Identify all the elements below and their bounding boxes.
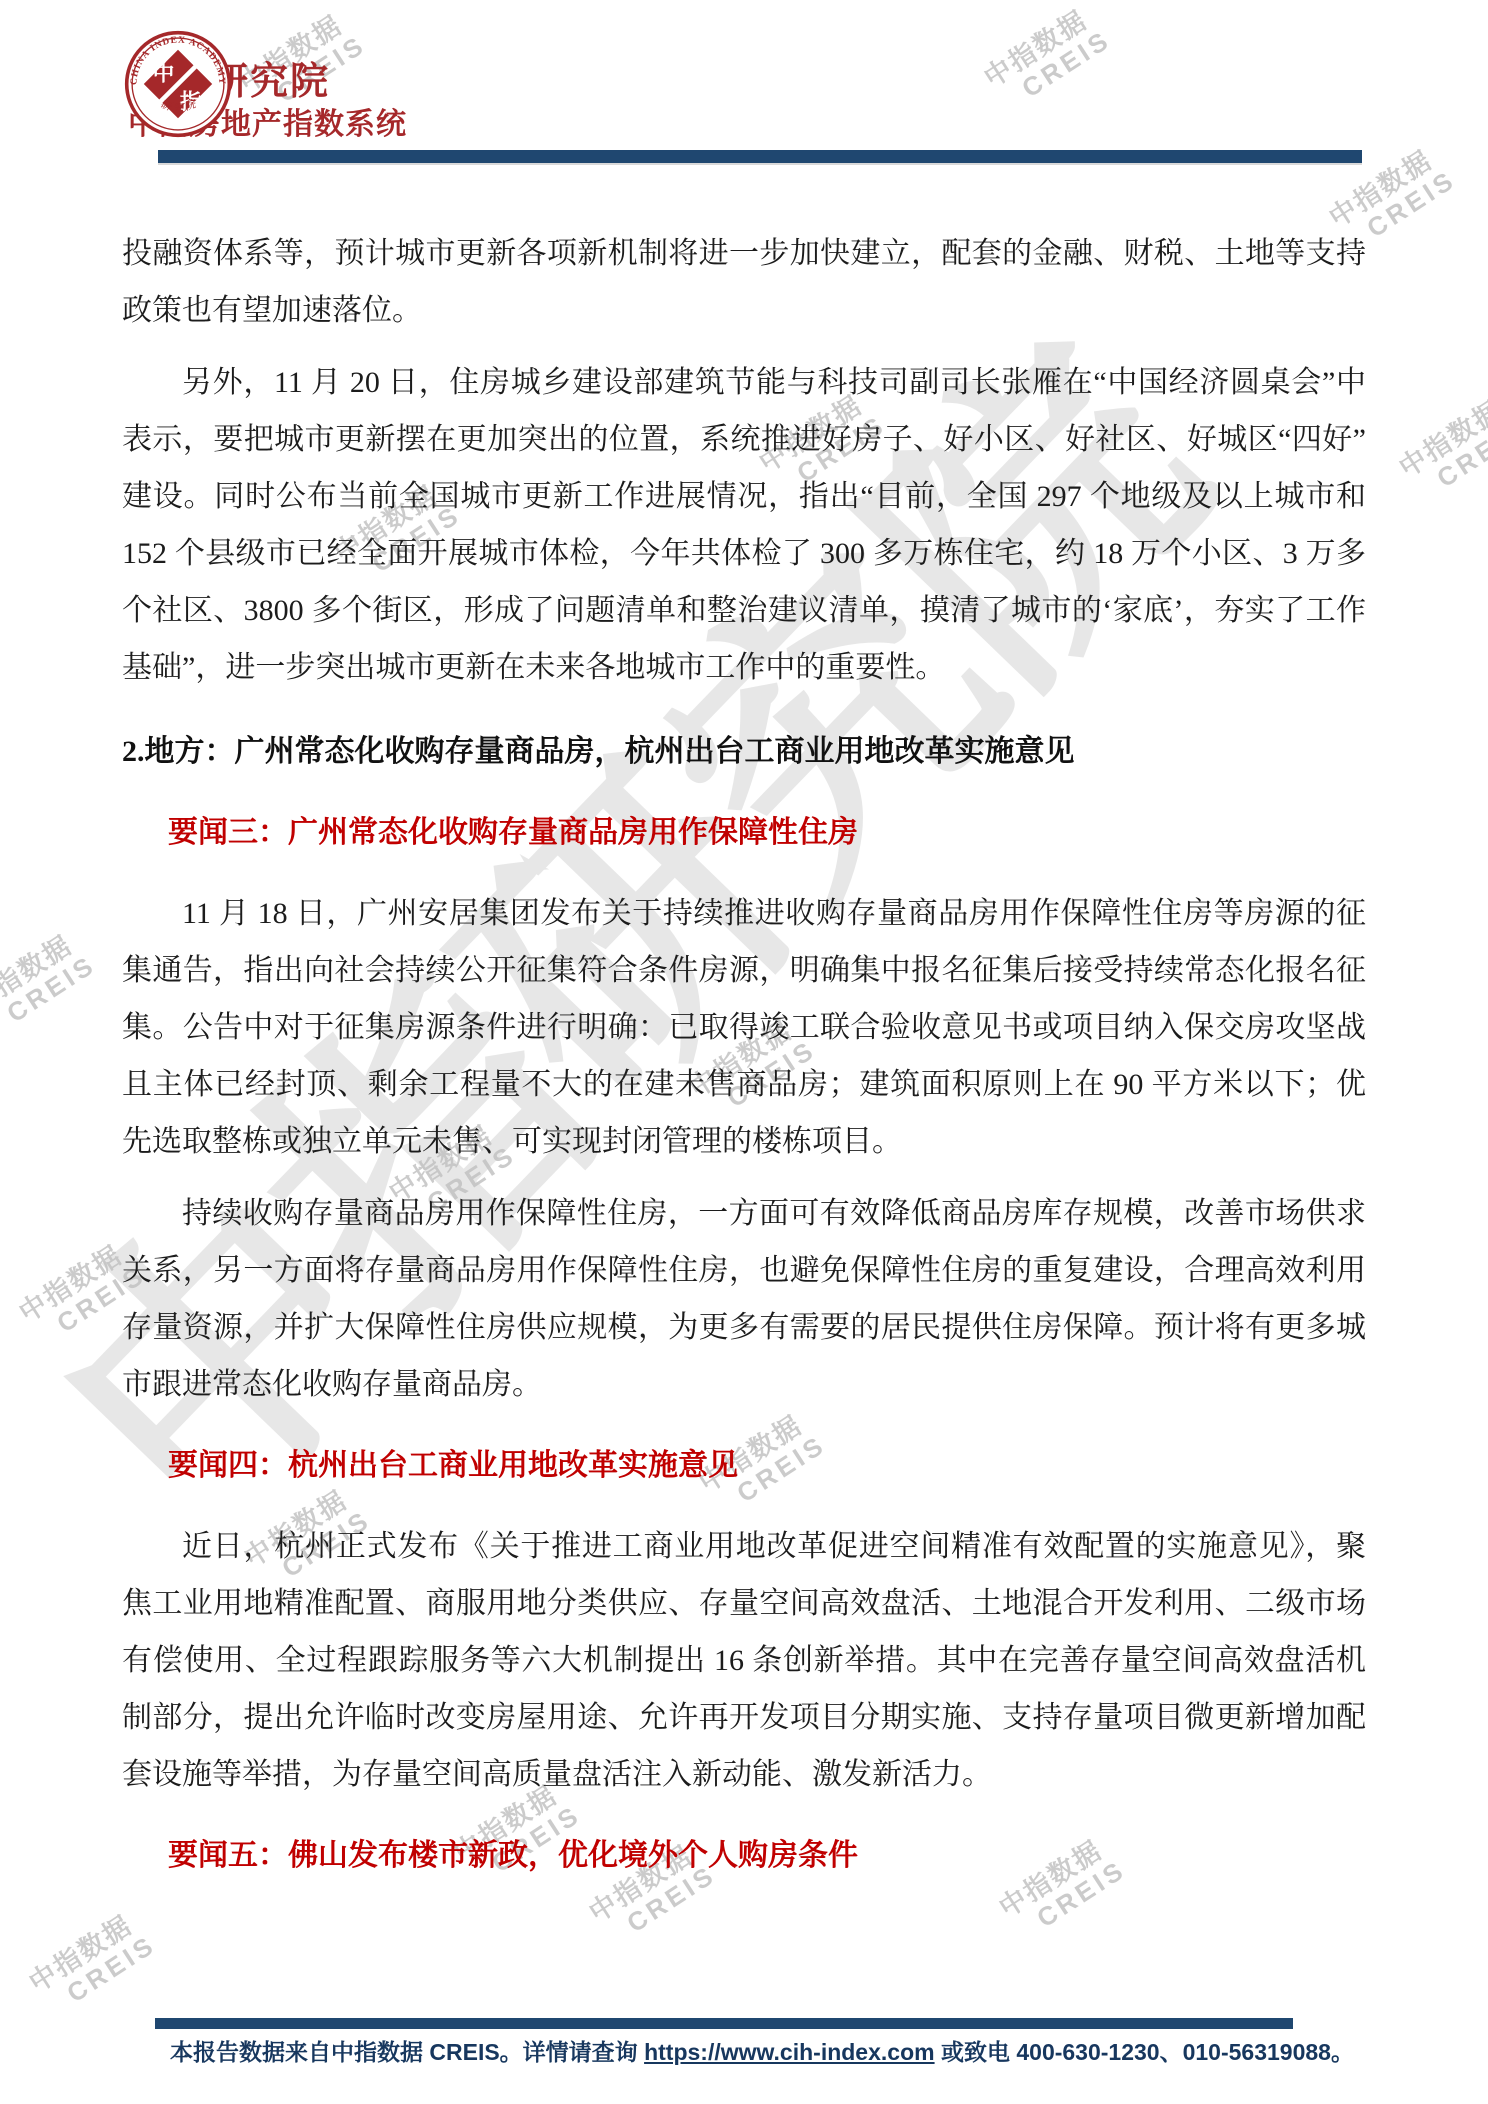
creis-watermark: 中指数据CREIS bbox=[1394, 391, 1488, 508]
section-heading: 2.地方：广州常态化收购存量商品房，杭州出台工商业用地改革实施意见 bbox=[122, 723, 1366, 780]
header-divider-rule bbox=[158, 150, 1362, 165]
report-page: 中指研究院 中指数据CREIS中指数据CREIS中指数据CREIS中指数据CRE… bbox=[0, 0, 1488, 2104]
footer-text-suffix: 或致电 400-630-1230、010-56319088。 bbox=[935, 2039, 1354, 2065]
seal-char-zhong: 中 bbox=[153, 60, 175, 85]
report-footer: 本报告数据来自中指数据 CREIS。详情请查询 https://www.cih-… bbox=[0, 2004, 1488, 2104]
creis-watermark: 中指数据CREIS bbox=[0, 926, 101, 1043]
china-index-academy-seal-icon: 中 指 CHINA INDEX ACADEMY 研 究 院 bbox=[124, 30, 232, 138]
body-paragraph: 近日，杭州正式发布《关于推进工商业用地改革促进空间精准有效配置的实施意见》，聚焦… bbox=[122, 1518, 1366, 1803]
report-body: 投融资体系等，预计城市更新各项新机制将进一步加快建立，配套的金融、财税、土地等支… bbox=[122, 166, 1366, 1884]
news-heading: 要闻四：杭州出台工商业用地改革实施意见 bbox=[122, 1437, 1366, 1494]
body-paragraph: 持续收购存量商品房用作保障性住房，一方面可有效降低商品房库存规模，改善市场供求关… bbox=[122, 1185, 1366, 1413]
body-paragraph: 另外，11 月 20 日，住房城乡建设部建筑节能与科技司副司长张雁在“中国经济圆… bbox=[122, 354, 1366, 696]
footer-text: 本报告数据来自中指数据 CREIS。详情请查询 https://www.cih-… bbox=[170, 2034, 1354, 2067]
footer-text-prefix: 本报告数据来自中指数据 CREIS。详情请查询 bbox=[170, 2039, 644, 2065]
body-paragraph: 投融资体系等，预计城市更新各项新机制将进一步加快建立，配套的金融、财税、土地等支… bbox=[122, 225, 1366, 339]
body-paragraph: 11 月 18 日，广州安居集团发布关于持续推进收购存量商品房用作保障性住房等房… bbox=[122, 885, 1366, 1170]
news-heading: 要闻五：佛山发布楼市新政，优化境外个人购房条件 bbox=[122, 1827, 1366, 1884]
footer-url[interactable]: https://www.cih-index.com bbox=[644, 2039, 935, 2065]
footer-divider-rule bbox=[155, 2018, 1293, 2029]
report-header: 中指研究院 中国房地产指数系统 中 指 CHINA INDEX ACADEMY … bbox=[0, 0, 1488, 166]
news-heading: 要闻三：广州常态化收购存量商品房用作保障性住房 bbox=[122, 804, 1366, 861]
